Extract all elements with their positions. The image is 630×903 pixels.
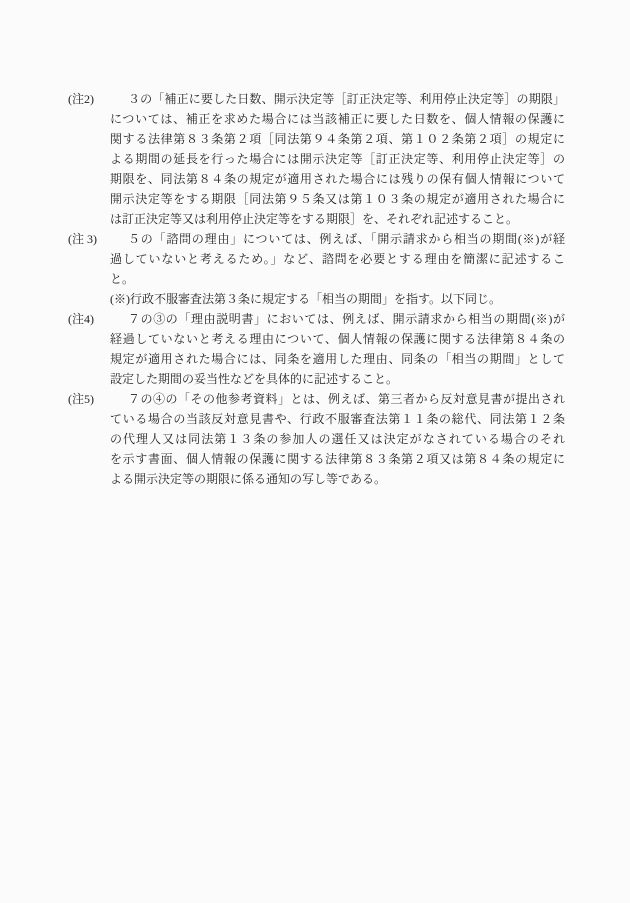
note-label: (注4) [68, 309, 94, 329]
note-line-text: ３の「補正に要した日数、開示決定等［訂正決定等、利用停止決定等］の期限」 [128, 92, 565, 106]
note-line: 開示決定等をする期限［同法第９５条又は第１０３条の規定が適用された場合に [110, 189, 565, 209]
note-line: (注5)７の④の「その他参考資料」とは、例えば、第三者から反対意見書が提出され [110, 389, 565, 409]
note-line: 経過していないと考える理由について、個人情報の保護に関する法律第８４条の [110, 329, 565, 349]
note-line: については、補正を求めた場合には当該補正に要した日数を、個人情報の保護に [110, 109, 565, 129]
note: (注2)３の「補正に要した日数、開示決定等［訂正決定等、利用停止決定等］の期限」… [110, 89, 565, 229]
note: (注4)７の③の「理由説明書」においては、例えば、開示請求から相当の期間(※)が… [110, 309, 565, 389]
note-line: 規定が適用された場合には、同条を適用した理由、同条の「相当の期間」として [110, 349, 565, 369]
note: (注 3)５の「諮問の理由」については、例えば、「開示請求から相当の期間(※)が… [110, 229, 565, 309]
note-line: 期限を、同法第８４条の規定が適用された場合には残りの保有個人情報について [110, 169, 565, 189]
note-line: は訂正決定等又は利用停止決定等をする期限］を、それぞれ記述すること。 [110, 209, 565, 229]
note-line: (※)行政不服審査法第３条に規定する「相当の期間」を指す。以下同じ。 [110, 289, 565, 309]
note-line: (注2)３の「補正に要した日数、開示決定等［訂正決定等、利用停止決定等］の期限」 [110, 89, 565, 109]
note-line: 設定した期間の妥当性などを具体的に記述すること。 [110, 369, 565, 389]
note-line: を示す書面、個人情報の保護に関する法律第８３条第２項又は第８４条の規定に [110, 449, 565, 469]
note-line: と。 [110, 269, 565, 289]
note-line: ている場合の当該反対意見書や、行政不服審査法第１１条の総代、同法第１２条 [110, 409, 565, 429]
note-line: 過していないと考えるため。」など、諮問を必要とする理由を簡潔に記述するこ [110, 249, 565, 269]
note-line: の代理人又は同法第１３条の参加人の選任又は決定がなされている場合のそれ [110, 429, 565, 449]
document-page: (注2)３の「補正に要した日数、開示決定等［訂正決定等、利用停止決定等］の期限」… [0, 0, 630, 903]
note-label: (注 3) [68, 229, 97, 249]
note-label: (注2) [68, 89, 94, 109]
note-line-text: ７の③の「理由説明書」においては、例えば、開示請求から相当の期間(※)が [128, 312, 565, 326]
note-line-text: ５の「諮問の理由」については、例えば、「開示請求から相当の期間(※)が経 [128, 232, 565, 246]
note-line: よる期間の延長を行った場合には開示決定等［訂正決定等、利用停止決定等］の [110, 149, 565, 169]
note-line: (注 3)５の「諮問の理由」については、例えば、「開示請求から相当の期間(※)が… [110, 229, 565, 249]
note-line-text: ７の④の「その他参考資料」とは、例えば、第三者から反対意見書が提出され [128, 392, 565, 406]
note: (注5)７の④の「その他参考資料」とは、例えば、第三者から反対意見書が提出されて… [110, 389, 565, 489]
note-line: よる開示決定等の期限に係る通知の写し等である。 [110, 469, 565, 489]
note-label: (注5) [68, 389, 94, 409]
notes-block: (注2)３の「補正に要した日数、開示決定等［訂正決定等、利用停止決定等］の期限」… [110, 89, 565, 489]
note-line: (注4)７の③の「理由説明書」においては、例えば、開示請求から相当の期間(※)が [110, 309, 565, 329]
note-line: 関する法律第８３条第２項［同法第９４条第２項、第１０２条第２項］の規定に [110, 129, 565, 149]
